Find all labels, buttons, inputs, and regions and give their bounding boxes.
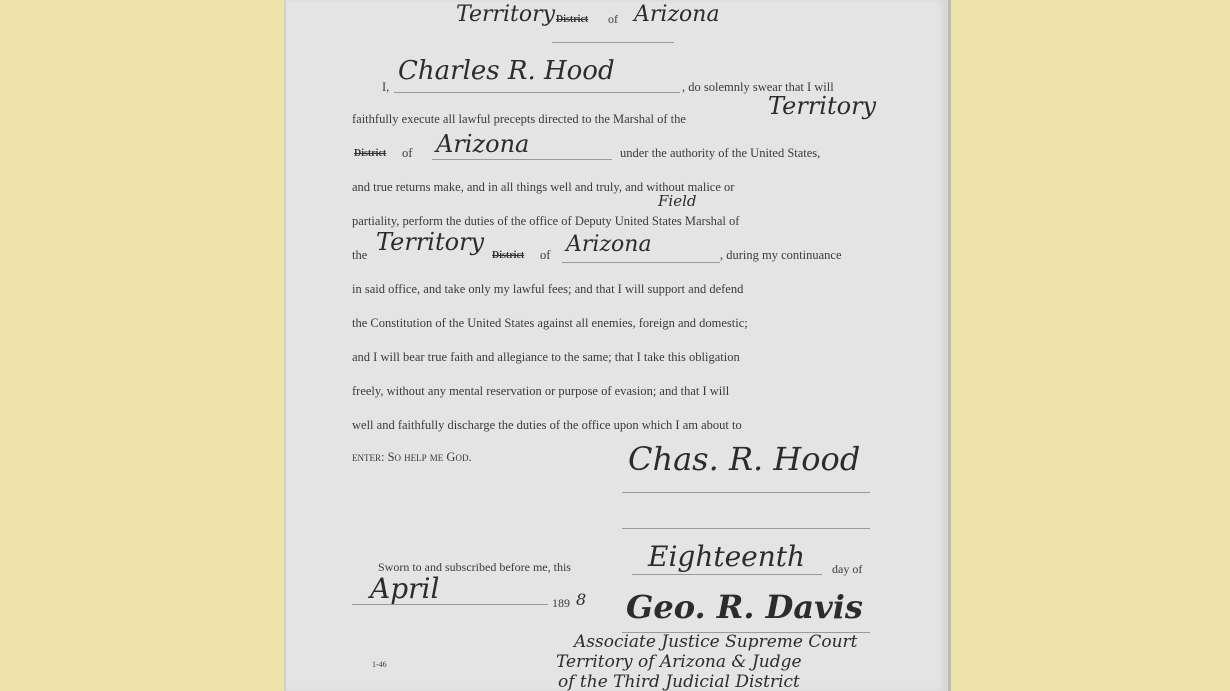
oath-field-hw: Field (658, 192, 696, 210)
form-number: 1-46 (372, 660, 387, 669)
header-place-handwritten: Arizona (634, 2, 720, 27)
official-title-line-2: Territory of Arizona & Judge (556, 652, 802, 672)
header-underline (552, 42, 674, 43)
arizona-underline-2 (562, 262, 720, 263)
scanned-oath-document: Territory District of Arizona I, Charles… (284, 0, 951, 691)
official-title-line-3: of the Third Judicial District (558, 672, 800, 691)
header-territory-handwritten: Territory (456, 2, 555, 27)
jurat-day-handwritten: Eighteenth (648, 540, 805, 573)
oath-line-11: well and faithfully discharge the duties… (352, 418, 742, 433)
name-underline (394, 92, 680, 93)
oath-line-3: under the authority of the United States… (620, 146, 820, 161)
jurat-month-handwritten: April (370, 572, 439, 605)
oath-lead: I, (382, 80, 389, 95)
oath-line-9: and I will bear true faith and allegianc… (352, 350, 740, 365)
arizona-underline-1 (432, 159, 612, 160)
oath-line-10: freely, without any mental reservation o… (352, 384, 729, 399)
month-underline (352, 604, 548, 605)
official-title-line-1: Associate Justice Supreme Court (574, 632, 858, 652)
oath-line-8: the Constitution of the United States ag… (352, 316, 748, 331)
official-signature: Geo. R. Davis (626, 588, 863, 626)
jurat-year-printed: 189 (552, 596, 570, 611)
oath-line-6-the: the (352, 248, 367, 263)
oath-line-2: faithfully execute all lawful precepts d… (352, 112, 686, 127)
blank-line (622, 528, 870, 529)
day-underline (632, 574, 822, 575)
oath-line-7: in said office, and take only my lawful … (352, 282, 743, 297)
oath-district-struck-2: District (492, 250, 524, 261)
oath-line-5: partiality, perform the duties of the of… (352, 214, 739, 229)
oath-arizona-hw-1: Arizona (436, 130, 529, 158)
affiant-signature: Chas. R. Hood (628, 440, 860, 478)
header-of: of (608, 12, 618, 27)
jurat-day-of: day of (832, 562, 862, 577)
oath-territory-hw-2: Territory (376, 228, 484, 256)
signature-line (622, 492, 870, 493)
oath-line-6: , during my continuance (720, 248, 842, 263)
jurat-year-handwritten: 8 (576, 590, 586, 609)
oath-district-struck-1: District (354, 148, 386, 159)
oath-arizona-hw-2: Arizona (566, 232, 652, 257)
oath-territory-hw-1: Territory (768, 92, 876, 120)
header-district-struck: District (556, 14, 588, 25)
oath-line-3-of: of (402, 146, 412, 161)
oath-line-6-of: of (540, 248, 550, 263)
oath-name-handwritten: Charles R. Hood (398, 56, 615, 86)
oath-line-12: enter: So help me God. (352, 450, 472, 465)
